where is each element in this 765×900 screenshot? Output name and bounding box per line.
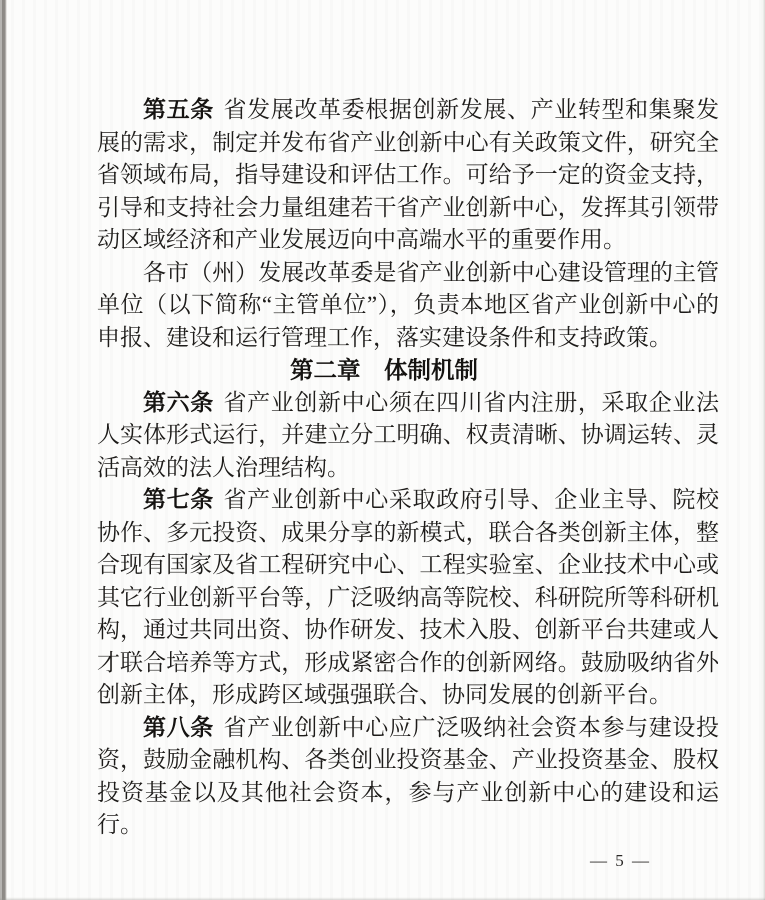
page-number: — 5 — bbox=[97, 851, 719, 871]
document-body: 第五条省发展改革委根据创新发展、产业转型和集聚发展的需求，制定并发布省产业创新中… bbox=[97, 94, 719, 871]
scan-edge-left bbox=[0, 0, 7, 900]
article-7-text: 省产业创新中心采取政府引导、企业主导、院校协作、多元投资、成果分享的新模式，联合… bbox=[97, 487, 719, 707]
article-5-label: 第五条 bbox=[143, 97, 214, 122]
scan-edge-right bbox=[761, 0, 765, 900]
article-5-paragraph: 第五条省发展改革委根据创新发展、产业转型和集聚发展的需求，制定并发布省产业创新中… bbox=[97, 94, 719, 257]
article-7-paragraph: 第七条省产业创新中心采取政府引导、企业主导、院校协作、多元投资、成果分享的新模式… bbox=[97, 484, 719, 712]
article-8-label: 第八条 bbox=[143, 715, 214, 740]
article-6-label: 第六条 bbox=[143, 390, 214, 415]
authorities-text: 各市（州）发展改革委是省产业创新中心建设管理的主管单位（以下简称“主管单位”），… bbox=[97, 260, 719, 350]
article-7-label: 第七条 bbox=[143, 487, 214, 512]
chapter-2-heading: 第二章 体制机制 bbox=[73, 354, 695, 387]
authorities-paragraph: 各市（州）发展改革委是省产业创新中心建设管理的主管单位（以下简称“主管单位”），… bbox=[97, 257, 719, 355]
article-6-paragraph: 第六条省产业创新中心须在四川省内注册，采取企业法人实体形式运行，并建立分工明确、… bbox=[97, 387, 719, 485]
article-8-paragraph: 第八条省产业创新中心应广泛吸纳社会资本参与建设投资，鼓励金融机构、各类创业投资基… bbox=[97, 712, 719, 842]
scanned-document-page: 第五条省发展改革委根据创新发展、产业转型和集聚发展的需求，制定并发布省产业创新中… bbox=[0, 0, 765, 900]
